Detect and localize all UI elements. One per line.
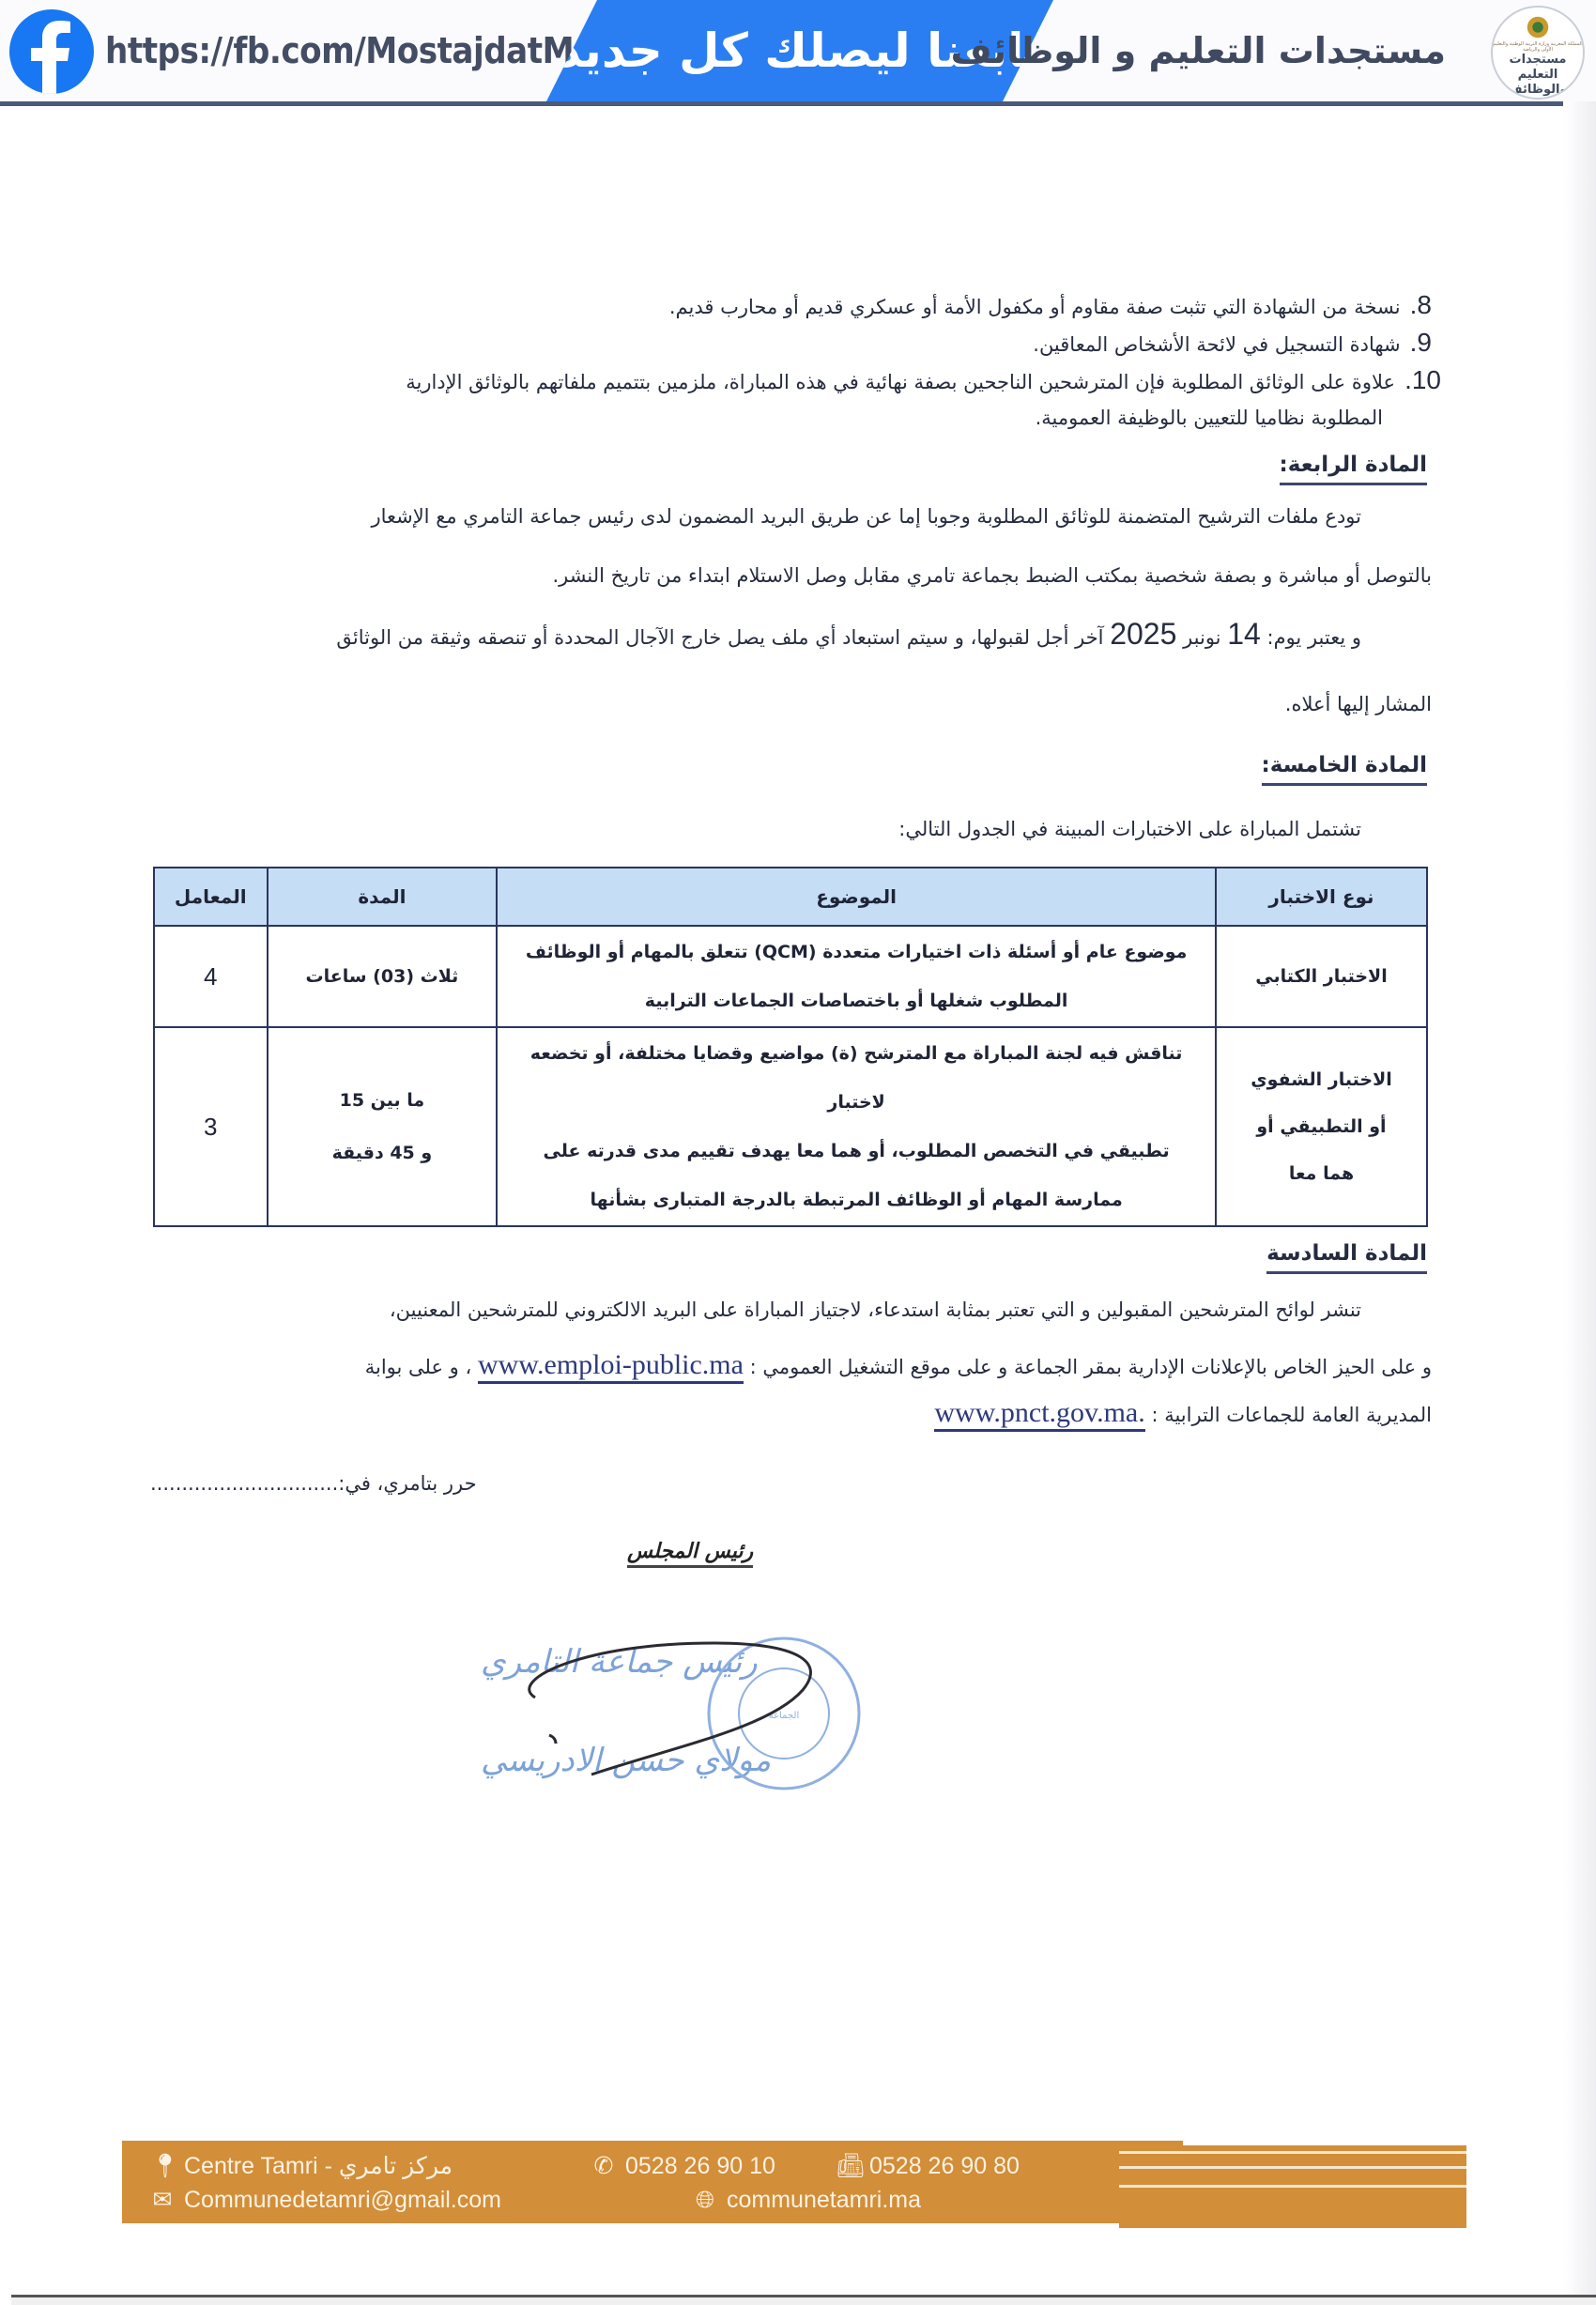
pnct-link[interactable]: www.pnct.gov.ma. bbox=[934, 1397, 1144, 1432]
article-5-intro: تشتمل المباراة على الاختبارات المبينة في… bbox=[898, 815, 1361, 843]
signature-stamp-icon: الجماعة bbox=[469, 1587, 882, 1812]
envelope-icon: ✉ bbox=[150, 2186, 175, 2214]
article-4-para1-line1: تودع ملفات الترشيح المتضمنة للوثائق المط… bbox=[371, 502, 1361, 530]
list-item-10: 10.علاوة على الوثائق المطلوبة فإن المترش… bbox=[406, 366, 1441, 396]
cell-exam-type: الاختبار الكتابي bbox=[1216, 926, 1427, 1027]
header-duration: المدة bbox=[268, 868, 498, 926]
brand-logo: المملكة المغربية وزارة التربية الوطنية و… bbox=[1491, 6, 1585, 100]
article-4-heading: المادة الرابعة: bbox=[1280, 449, 1427, 485]
article-5-heading: المادة الخامسة: bbox=[1262, 749, 1428, 786]
stripe bbox=[1119, 2151, 1466, 2154]
signature-title: رئيس المجلس bbox=[627, 1540, 753, 1568]
page-bottom-edge bbox=[11, 2295, 1596, 2305]
page-edge-shadow bbox=[1563, 101, 1596, 2305]
top-banner: https://fb.com/MostajdatMaroc تابعنا ليص… bbox=[0, 0, 1596, 106]
stripe bbox=[1119, 2185, 1466, 2188]
cell-duration: ما بين 15 و 45 دقيقة bbox=[268, 1027, 498, 1226]
list-item-8: 8.نسخة من الشهادة التي تثبت صفة مقاوم أو… bbox=[669, 291, 1432, 321]
article-6-line1: تنشر لوائح المترشحين المقبولين و التي تع… bbox=[390, 1296, 1361, 1324]
location-pin-icon: 📍︎ bbox=[150, 2152, 175, 2180]
footer-address: 📍︎Centre Tamri - مركز تامري bbox=[150, 2152, 453, 2180]
article-4-para2-line1: و يعتبر يوم: 14 نونبر 2025 آخر أجل لقبول… bbox=[336, 620, 1361, 652]
cell-exam-type: الاختبار الشفوي أو التطبيقي أو هما معا bbox=[1216, 1027, 1427, 1226]
coat-of-arms-icon bbox=[1526, 15, 1550, 39]
emploi-public-link[interactable]: www.emploi-public.ma bbox=[478, 1349, 744, 1384]
deadline-month: نونبر bbox=[1183, 626, 1220, 649]
cell-duration: ثلاث (03) ساعات bbox=[268, 926, 498, 1027]
badge-text-line1: مستجدات التعليم bbox=[1493, 53, 1583, 83]
article-6-line3: المديرية العامة للجماعات الترابية : www.… bbox=[934, 1397, 1432, 1432]
footer-website: 🌐︎communetamri.ma bbox=[693, 2186, 921, 2214]
deadline-year: 2025 bbox=[1110, 617, 1176, 651]
cell-subject: تناقش فيه لجنة المباراة مع المترشح (ة) م… bbox=[497, 1027, 1216, 1226]
article-6-line2: و على الحيز الخاص بالإعلانات الإدارية بم… bbox=[365, 1349, 1432, 1384]
exams-table: نوع الاختبار الموضوع المدة المعامل الاخت… bbox=[153, 867, 1428, 1227]
deadline-day: 14 bbox=[1227, 617, 1261, 651]
contact-footer: 📍︎Centre Tamri - مركز تامري ✆0528 26 90 … bbox=[122, 2141, 1183, 2223]
facebook-icon[interactable] bbox=[9, 9, 94, 94]
phone-icon: ✆ bbox=[591, 2152, 616, 2180]
cell-coefficient: 4 bbox=[154, 926, 268, 1027]
header-coefficient: المعامل bbox=[154, 868, 268, 926]
globe-icon: 🌐︎ bbox=[693, 2186, 717, 2214]
badge-text-line2: والوظائف bbox=[1493, 83, 1583, 98]
fax-icon: 📠︎ bbox=[836, 2152, 860, 2180]
cell-subject: موضوع عام أو أسئلة ذات اختيارات متعددة (… bbox=[497, 926, 1216, 1027]
badge-ministry-text: المملكة المغربية وزارة التربية الوطنية و… bbox=[1493, 41, 1583, 53]
stripe bbox=[1119, 2166, 1466, 2169]
article-4-para1-line2: بالتوصل أو مباشرة و بصفة شخصية بمكتب الض… bbox=[552, 561, 1432, 590]
footer-fax: 📠︎0528 26 90 80 bbox=[836, 2152, 1020, 2180]
header-subject: الموضوع bbox=[497, 868, 1216, 926]
footer-decorative-stripes bbox=[1119, 2145, 1466, 2228]
table-row: الاختبار الكتابي موضوع عام أو أسئلة ذات … bbox=[154, 926, 1427, 1027]
footer-phone: ✆0528 26 90 10 bbox=[591, 2152, 775, 2180]
footer-email: ✉Communedetamri@gmail.com bbox=[150, 2186, 501, 2214]
list-item-9: 9.شهادة التسجيل في لائحة الأشخاص المعاقي… bbox=[1033, 329, 1432, 359]
header-exam-type: نوع الاختبار bbox=[1216, 868, 1427, 926]
article-4-para2-line2: المشار إليها أعلاه. bbox=[1285, 690, 1432, 718]
place-date-line: حرر بتامري، في:.........................… bbox=[150, 1469, 477, 1498]
cell-coefficient: 3 bbox=[154, 1027, 268, 1226]
table-header-row: نوع الاختبار الموضوع المدة المعامل bbox=[154, 868, 1427, 926]
list-item-10-continuation: المطلوبة نظاميا للتعيين بالوظيفة العمومي… bbox=[1036, 404, 1383, 432]
article-6-heading: المادة السادسة bbox=[1266, 1237, 1427, 1274]
table-row: الاختبار الشفوي أو التطبيقي أو هما معا ت… bbox=[154, 1027, 1427, 1226]
brand-title: مستجدات التعليم و الوظائف bbox=[951, 23, 1446, 79]
